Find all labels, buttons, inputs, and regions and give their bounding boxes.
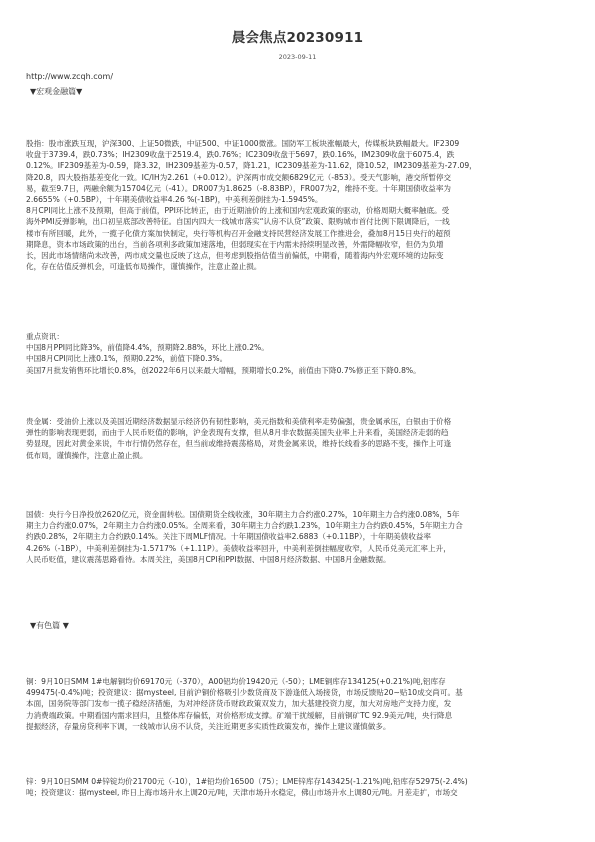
news-item: 中国8月PPI同比降3%，前值降4.4%，预期降2.88%，环比上涨0.2%。 — [26, 342, 572, 353]
key-news-heading: 重点资讯： — [26, 331, 572, 342]
text-line: 499475(-0.4%)吨；投资建议：据mysteel, 目前沪铜价格吸引少数… — [26, 687, 572, 698]
text-line: 楼市有所回暖，此外，一揽子化债方案加快制定，央行等机构召开金融支持民营经济发展工… — [26, 228, 572, 239]
text-line: 吨；投资建议：据mysteel, 昨日上海市场升水上调20元/吨，天津市场升水稳… — [26, 787, 572, 798]
text-line: 铜：9月10日SMM 1#电解铜均价69170元（-370），A00铝均价194… — [26, 676, 572, 687]
text-line: 弹性的影响表现更弱，而由于人民币贬值的影响，沪金表现有支撑，但从8月非农数据美国… — [26, 427, 572, 438]
text-line: 本面，国务院等部门发布一揽子稳经济措施，为对冲经济货币财政政策双发力，加大基建投… — [26, 698, 572, 709]
precious-metals-paragraph: 贵金属：受油价上涨以及美国近期经济数据显示经济仍有韧性影响，美元指数和美债利率走… — [26, 416, 572, 461]
text-line: 长，因此市场情绪尚未改善，两市成交量也反映了这点，但考虑到股指估值当前偏低，中期… — [26, 250, 572, 261]
page-title: 晨会焦点20230911 — [0, 26, 595, 46]
text-line: 0.12%。IF2309基差为-0.59，降3.32，IH2309基差为-0.5… — [26, 160, 572, 171]
website-link[interactable]: http://www.zcqh.com/ — [26, 72, 113, 81]
text-line: 4.26%（-1BP），中美利差倒挂为-1.5717%（+1.11P）。美债收益… — [26, 543, 572, 554]
macro-finance-heading: ▼宏观金融篇▼ — [30, 86, 82, 97]
news-item: 中国8月CPI同比上涨0.1%，预期0.22%，前值下降0.3%。 — [26, 353, 572, 364]
text-line: 化，存在估值反弹机会，可逢低布局操作，谨慎操作，注意止盈止损。 — [26, 261, 572, 272]
text-line: 期主力合约涨0.07%，2年期主力合约涨0.05%。全周来看，30年期主力合约跌… — [26, 520, 572, 531]
publish-date: 2023-09-11 — [0, 53, 595, 61]
text-line: 力消费端政策。中期看国内需求回归，且整体库存偏低，对价格形成支撑。矿端干扰缓解，… — [26, 710, 572, 721]
nonferrous-heading: ▼有色篇 ▼ — [30, 620, 69, 631]
text-line: 国债：央行今日净投放2620亿元，资金面转松。国债期货全线收涨，30年期主力合约… — [26, 509, 572, 520]
text-line: 低布局，谨慎操作，注意止盈止损。 — [26, 450, 572, 461]
text-line: 约跌0.28%，2年期主力合约跌0.14%。关注下周MLF情况。十年期国债收益率… — [26, 531, 572, 542]
text-line: 锌：9月10日SMM 0#锌锭均价21700元（-10），1#铅均价16500（… — [26, 776, 572, 787]
text-line: 势显现，因此对黄金来说，牛市行情仍然存在，但当前或维持震荡格局，对贵金属来说，维… — [26, 438, 572, 449]
text-line: 股指：股市涨跌互现，沪深300、上证50微跌，中证500、中证1000微涨。国防… — [26, 138, 572, 149]
copper-paragraph: 铜：9月10日SMM 1#电解铜均价69170元（-370），A00铝均价194… — [26, 676, 572, 732]
text-line: 2.6655%（+0.5BP），十年期美债收益率4.26 %(-1BP)，中美利… — [26, 194, 572, 205]
stock-index-paragraph: 股指：股市涨跌互现，沪深300、上证50微跌，中证500、中证1000微涨。国防… — [26, 138, 572, 272]
zinc-paragraph: 锌：9月10日SMM 0#锌锭均价21700元（-10），1#铅均价16500（… — [26, 776, 572, 798]
text-line: 人民币贬值，建议震荡思路看待。本周关注，美国8月CPI和PPI数据、中国8月经济… — [26, 554, 572, 565]
text-line: 期降息，资本市场政策的出台，当前各项利多政策加速落地，但弱现实在于内需未持续明显… — [26, 239, 572, 250]
text-line: 收盘于3739.4，跌0.73%；IH2309收盘于2519.4，跌0.76%；… — [26, 149, 572, 160]
text-line: 贵金属：受油价上涨以及美国近期经济数据显示经济仍有韧性影响，美元指数和美债利率走… — [26, 416, 572, 427]
text-line: 海外PMI反弹影响，出口初呈底部改善特征。自国内四大一线城市落实“认房不认贷”政… — [26, 216, 572, 227]
treasury-paragraph: 国债：央行今日净投放2620亿元，资金面转松。国债期货全线收涨，30年期主力合约… — [26, 509, 572, 565]
key-news-block: 重点资讯： 中国8月PPI同比降3%，前值降4.4%，预期降2.88%，环比上涨… — [26, 331, 572, 376]
news-item: 美国7月批发销售环比增长0.8%，创2022年6月以来最大增幅，预期增长0.2%… — [26, 365, 572, 376]
text-line: 8月CPI同比上涨不及预期，但高于前值，PPI环比转正，由于近期油价的上涨和国内… — [26, 205, 572, 216]
text-line: 提振经济，存量房贷利率下调，一线城市认房不认贷，关注近期更多实质性政策发布，操作… — [26, 721, 572, 732]
text-line: 降20.8，四大股指基差变化一致。IC/IH为2.261（+0.012）。沪深两… — [26, 172, 572, 183]
text-line: 易，截至9.7日，两融余额为15704亿元（-41）。DR007为1.8625（… — [26, 183, 572, 194]
